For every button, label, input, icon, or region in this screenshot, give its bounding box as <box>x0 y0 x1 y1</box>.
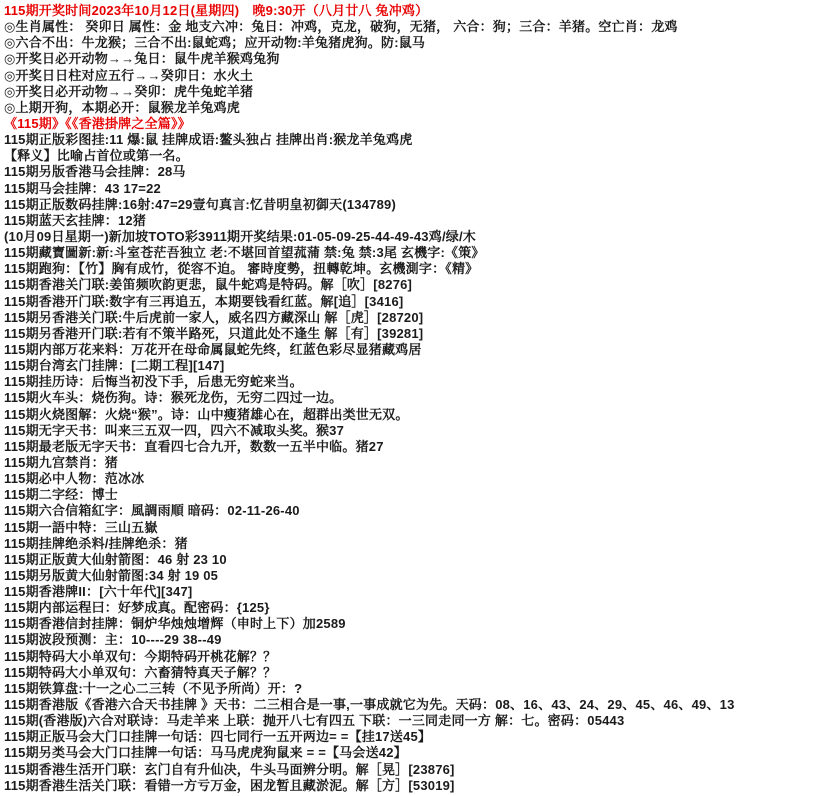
text-line: 115期火烧图解：火烧“猴”。诗：山中瘦猪雄心在，超群出类世无双。 <box>4 407 836 423</box>
text-line: 115期六合信箱紅字：風調雨順 暗码：02-11-26-40 <box>4 503 836 519</box>
text-line: 115期无字天书：叫来三五双一四，四六不减取头奖。猴37 <box>4 423 836 439</box>
text-line: 115期正版彩图挂:11 爆:鼠 挂牌成语:鳌头独占 挂牌出肖:猴龙羊兔鸡虎 <box>4 132 836 148</box>
text-line: 115期波段预测：主：10----29 38--49 <box>4 632 836 648</box>
text-line: 115期一語中特：三山五嶽 <box>4 520 836 536</box>
text-line: 115期香港牌II：[六十年代][347] <box>4 584 836 600</box>
text-line: 115期特码大小单双句：六畜猜特真天子解？？ <box>4 665 836 681</box>
text-line: 115期挂牌绝杀料/挂牌绝杀：猪 <box>4 536 836 552</box>
text-line: ◎生肖属性： 癸卯日 属性：金 地支六冲：兔日：冲鸡，克龙，破狗，无猪， 六合：… <box>4 19 836 35</box>
text-line: 115期特码大小单双句：今期特码开桃花解？？ <box>4 649 836 665</box>
text-line: 115期香港版《香港六合天书挂牌 》天书：二三相合是一事,一事成就它为先。天码：… <box>4 697 836 713</box>
text-line: 115期最老版无字天书：直看四七合九开，数数一五半中临。猪27 <box>4 439 836 455</box>
text-line: ◎上期开狗，本期必开：鼠猴龙羊兔鸡虎 <box>4 100 836 116</box>
text-line: ◎六合不出：牛龙猴；三合不出:鼠蛇鸡；应开动物:羊兔猪虎狗。防:鼠马 <box>4 35 836 51</box>
text-line: 115期内部万花来料：万花开在母命属鼠蛇先终，红蓝色彩尽显猪藏鸡居 <box>4 342 836 358</box>
text-line: ◎开奖日日柱对应五行→→癸卯日：水火土 <box>4 68 836 84</box>
document-body: 115期开奖时间2023年10月12日(星期四) 晚9:30开（八月廿八 兔冲鸡… <box>4 3 836 794</box>
text-line: 115期另版香港马会挂牌：28马 <box>4 164 836 180</box>
text-line: 115期挂历诗：后悔当初没下手，后患无穷蛇来当。 <box>4 374 836 390</box>
text-line: ◎开奖日必开动物→→癸卯：虎牛兔蛇羊猪 <box>4 84 836 100</box>
text-line: ◎开奖日必开动物→→兔日：鼠牛虎羊猴鸡兔狗 <box>4 51 836 67</box>
text-line: 115期另香港开门联:若有不策半路死，只道此处不逢生 解［有］[39281] <box>4 326 836 342</box>
text-line: 115期台湾玄门挂牌：[二期工程][147] <box>4 358 836 374</box>
text-line: 115期马会挂牌：43 17=22 <box>4 181 836 197</box>
text-line: 115期正版马会大门口挂牌一句话：四七同行一五开两边= =【挂17送45】 <box>4 729 836 745</box>
text-line: 【释义】比喻占首位或第一名。 <box>4 148 836 164</box>
text-line: 115期香港关门联:姜笛频吹韵更悲，鼠牛蛇鸡是特码。解［吹］[8276] <box>4 277 836 293</box>
text-line: 115期九宫禁肖：猪 <box>4 455 836 471</box>
text-line: 115期另类马会大门口挂牌一句话：马马虎虎狗鼠来 = =【马会送42】 <box>4 745 836 761</box>
text-line: 《115期》《《香港掛牌之全篇》》 <box>4 116 836 132</box>
text-line: 115期蓝天玄挂牌：12猪 <box>4 213 836 229</box>
text-line: 115期另香港关门联:牛后虎前一家人，威名四方藏深山 解［虎］[28720] <box>4 310 836 326</box>
text-line: (10月09日星期一)新加坡TOTO彩3911期开奖结果:01-05-09-25… <box>4 229 836 245</box>
text-line: 115期另版黄大仙射箭图:34 射 19 05 <box>4 568 836 584</box>
text-line: 115期开奖时间2023年10月12日(星期四) 晚9:30开（八月廿八 兔冲鸡… <box>4 3 836 19</box>
text-line: 115期跑狗：【竹】胸有成竹，從容不迫。 審時度勢，扭轉乾坤。玄機測字：《精》 <box>4 261 836 277</box>
text-line: 115期(香港版)六合对联诗：马走羊来 上联：抛开八七有四五 下联：一三同走同一… <box>4 713 836 729</box>
text-line: 115期香港开门联:数字有三再追五，本期要钱看红蓝。解[追］[3416] <box>4 294 836 310</box>
text-line: 115期二字经：博士 <box>4 487 836 503</box>
text-line: 115期香港信封挂牌：铜炉华烛烛增辉（申时上下）加2589 <box>4 616 836 632</box>
text-line: 115期香港生活开门联：玄门自有升仙决，牛头马面辨分明。解［晃］[23876] <box>4 762 836 778</box>
lottery-tipsheet-page: 115期开奖时间2023年10月12日(星期四) 晚9:30开（八月廿八 兔冲鸡… <box>0 0 836 796</box>
text-line: 115期正版黄大仙射箭图：46 射 23 10 <box>4 552 836 568</box>
text-line: 115期正版数码挂牌:16射:47=29壹句真言:忆昔明皇初御天(134789) <box>4 197 836 213</box>
text-line: 115期火车头：烧伤狗。诗：猴死龙伤，无穷二四过一边。 <box>4 390 836 406</box>
text-line: 115期内部运程曰：好梦成真。配密码：{125} <box>4 600 836 616</box>
text-line: 115期必中人物：范冰冰 <box>4 471 836 487</box>
text-line: 115期藏寶圖新:新:斗室苍茫吾独立 老:不堪回首望菰蒲 禁:兔 禁:3尾 玄機… <box>4 245 836 261</box>
text-line: 115期香港生活关门联：看错一方亏万金，困龙暂且藏淤泥。解［方］[53019] <box>4 778 836 794</box>
text-line: 115期铁算盘:十一之心二三转（不见予所尚）开：? <box>4 681 836 697</box>
